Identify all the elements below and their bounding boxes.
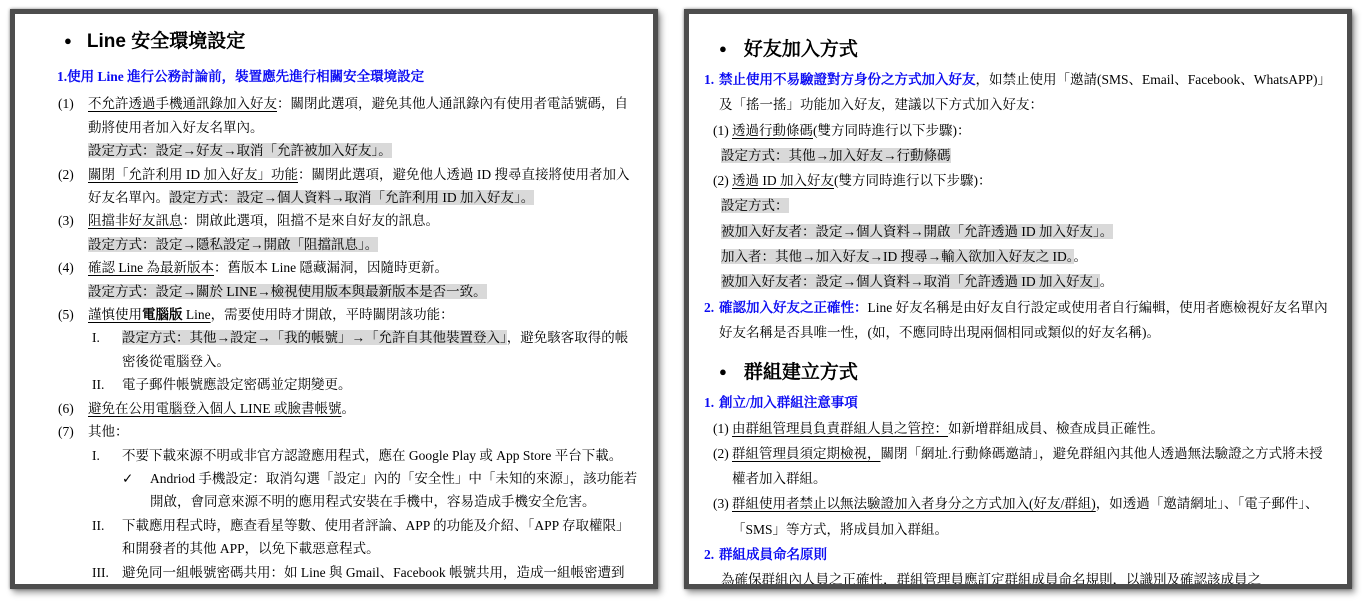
text-segment: 設定方式：設定→關於 LINE→檢視使用版本與最新版本是否一致。 xyxy=(88,284,487,299)
text-content: 透過 ID 加入好友(雙方同時進行以下步驟)： xyxy=(732,168,1333,193)
list-marker: II. xyxy=(92,373,122,396)
setting-step-line: 設定方式： xyxy=(721,193,1333,218)
text-content: 由群組管理員負責群組人員之管控：如新增群組成員、檢查成員正確性。 xyxy=(732,416,1333,441)
sub-list-item: II.電子郵件帳號應設定密碼並定期變更。 xyxy=(92,373,639,396)
heading-number: 1. xyxy=(704,67,719,92)
sub-list-item: III.避免同一組帳號密碼共用：如 Line 與 Gmail、Facebook … xyxy=(92,561,639,584)
list-item: (5)謹慎使用電腦版 Line，需要使用時才開啟，平時關閉該功能： xyxy=(58,303,639,326)
text-segment: 電子郵件帳號應設定密碼並定期變更。 xyxy=(122,377,352,392)
numbered-heading: 1.創立/加入群組注意事項 xyxy=(704,390,1333,415)
text-segment: 。 xyxy=(1074,249,1088,264)
setting-step-line: 設定方式：設定→關於 LINE→檢視使用版本與最新版本是否一致。 xyxy=(88,280,639,303)
document-page-friend-group-methods: ●好友加入方式1.禁止使用不易驗證對方身份之方式加入好友，如禁止使用「邀請(SM… xyxy=(684,9,1352,589)
numbered-heading: 2.確認加入好友之正確性：Line 好友名稱是由好友自行設定或使用者自行編輯，使… xyxy=(704,295,1333,346)
text-segment: 設定方式：其他→設定→「我的帳號」→「允許自其他裝置登入」 xyxy=(122,330,507,345)
bullet-icon: ● xyxy=(719,364,727,379)
list-item: (1)由群組管理員負責群組人員之管控：如新增群組成員、檢查成員正確性。 xyxy=(713,416,1333,441)
text-segment: 。 xyxy=(342,401,356,416)
list-item: (2)群組管理員須定期檢視，關閉「網址.行動條碼邀請」，避免群組內其他人透過無法… xyxy=(713,441,1333,492)
text-content: 設定方式：設定→隱私設定→開啟「阻擋訊息」。 xyxy=(88,233,639,256)
text-segment: 。 xyxy=(1100,274,1114,289)
numbered-heading: 1.禁止使用不易驗證對方身份之方式加入好友，如禁止使用「邀請(SMS、Email… xyxy=(704,67,1333,118)
sub-list-item: I.不要下載來源不明或非官方認證應用程式，應在 Google Play 或 Ap… xyxy=(92,444,639,467)
text-content: 群組管理員須定期檢視，關閉「網址.行動條碼邀請」，避免群組內其他人透過無法驗證之… xyxy=(732,441,1333,492)
text-segment: 關閉「允許利用 ID 加入好友」功能 xyxy=(88,167,298,182)
text-segment: 被加入好友者：設定→個人資料→取消「允許透過 ID 加入好友」 xyxy=(721,274,1100,289)
text-segment: 設定方式：設定→隱私設定→開啟「阻擋訊息」。 xyxy=(88,237,378,252)
text-content: 群組成員命名原則 xyxy=(719,542,1333,567)
section-title: ●好友加入方式 xyxy=(719,34,1333,65)
text-segment: 透過行動條碼 xyxy=(732,123,813,138)
text-content: Andriod 手機設定：取消勾選「設定」內的「安全性」中「未知的來源」，該功能… xyxy=(150,467,639,514)
text-segment: 群組成員命名原則 xyxy=(719,547,827,562)
text-segment: 電腦版 xyxy=(142,307,183,322)
text-segment: 創立/加入群組注意事項 xyxy=(719,395,858,410)
list-marker: (3) xyxy=(713,491,732,516)
text-content: 確認 Line 為最新版本：舊版本 Line 隱藏漏洞，因隨時更新。 xyxy=(88,256,639,279)
list-item: (6)避免在公用電腦登入個人 LINE 或臉書帳號。 xyxy=(58,397,639,420)
text-content: 設定方式：設定→好友→取消「允許被加入好友」。 xyxy=(88,139,639,162)
text-content: 避免同一組帳號密碼共用：如 Line 與 Gmail、Facebook 帳號共用… xyxy=(122,561,639,584)
text-segment: 為確保群組內人員之正確性，群組管理員應訂定群組成員命名規則，以識別及確認該成員之 xyxy=(721,572,1261,587)
text-segment: 加入者：其他→加入好友→ID 搜尋→輸入欲加入好友之 ID。 xyxy=(721,249,1074,264)
text-segment: Line xyxy=(183,307,211,322)
text-segment: ：舊版本 Line 隱藏漏洞，因隨時更新。 xyxy=(214,260,448,275)
text-content: 設定方式：其他→設定→「我的帳號」→「允許自其他裝置登入」，避免駭客取得的帳密後… xyxy=(122,326,639,373)
text-content: 不允許透過手機通訊錄加入好友：關閉此選項，避免其他人通訊錄內有使用者電話號碼，自… xyxy=(88,92,639,139)
section-title-text: 群組建立方式 xyxy=(744,362,858,383)
text-segment: Andriod 手機設定：取消勾選「設定」內的「安全性」中「未知的來源」，該功能… xyxy=(150,471,637,509)
list-marker: (4) xyxy=(58,256,88,279)
sub-list-item: II.下載應用程式時，應查看星等數、使用者評論、APP 的功能及介紹、「APP … xyxy=(92,514,639,561)
text-content: 下載應用程式時，應查看星等數、使用者評論、APP 的功能及介紹、「APP 存取權… xyxy=(122,514,639,561)
text-segment: ：開啟此選項，阻擋不是來自好友的訊息。 xyxy=(183,213,440,228)
section-title: ●群組建立方式 xyxy=(719,357,1333,388)
text-content: 關閉「允許利用 ID 加入好友」功能：關閉此選項，避免他人透過 ID 搜尋直接將… xyxy=(88,163,639,210)
text-segment: 由群組管理員負責群組人員之管控： xyxy=(732,421,948,436)
list-item: (3)阻擋非好友訊息：開啟此選項，阻擋不是來自好友的訊息。 xyxy=(58,209,639,232)
setting-step-line: 加入者：其他→加入好友→ID 搜尋→輸入欲加入好友之 ID。。 xyxy=(721,244,1333,269)
setting-step-line: 設定方式：其他→加入好友→行動條碼 xyxy=(721,143,1333,168)
text-segment: 被加入好友者：設定→個人資料→開啟「允許透過 ID 加入好友」。 xyxy=(721,224,1113,239)
text-content: 設定方式：設定→關於 LINE→檢視使用版本與最新版本是否一致。 xyxy=(88,280,639,303)
document-page-line-security-settings: ●Line 安全環境設定1.使用 Line 進行公務討論前，裝置應先進行相關安全… xyxy=(10,9,658,589)
text-segment: ，需要使用時才開啟，平時關閉該功能： xyxy=(211,307,454,322)
text-segment: 設定方式：設定→個人資料→取消「允許利用 ID 加入好友」。 xyxy=(169,190,534,205)
text-content: 被加入好友者：設定→個人資料→開啟「允許透過 ID 加入好友」。 xyxy=(721,219,1333,244)
numbered-heading: 2.群組成員命名原則 xyxy=(704,542,1333,567)
text-segment: 設定方式： xyxy=(721,198,789,213)
document-canvas: ●Line 安全環境設定1.使用 Line 進行公務討論前，裝置應先進行相關安全… xyxy=(0,0,1362,603)
text-segment: 不允許透過手機通訊錄加入好友 xyxy=(88,96,277,111)
text-content: 透過行動條碼(雙方同時進行以下步驟)： xyxy=(732,118,1333,143)
section-title-text: Line 安全環境設定 xyxy=(87,31,245,52)
text-segment: 不要下載來源不明或非官方認證應用程式，應在 Google Play 或 App … xyxy=(122,448,622,463)
text-content: 群組使用者禁止以無法驗證加入者身分之方式加入(好友/群組)，如透過「邀請網址」、… xyxy=(732,491,1333,542)
list-marker: I. xyxy=(92,326,122,349)
text-content: 加入者：其他→加入好友→ID 搜尋→輸入欲加入好友之 ID。。 xyxy=(721,244,1333,269)
bullet-icon: ● xyxy=(719,41,727,56)
list-marker: (5) xyxy=(58,303,88,326)
text-segment: 透過 ID 加入好友 xyxy=(732,173,834,188)
text-content: 其他： xyxy=(88,420,639,443)
text-content: 避免在公用電腦登入個人 LINE 或臉書帳號。 xyxy=(88,397,639,420)
text-content: 阻擋非好友訊息：開啟此選項，阻擋不是來自好友的訊息。 xyxy=(88,209,639,232)
list-marker: (2) xyxy=(713,168,732,193)
list-marker: (2) xyxy=(713,441,732,466)
list-marker: (2) xyxy=(58,163,88,186)
text-segment: 禁止使用不易驗證對方身份之方式加入好友 xyxy=(719,72,976,87)
list-marker: III. xyxy=(92,561,122,584)
list-marker: (6) xyxy=(58,397,88,420)
text-content: 創立/加入群組注意事項 xyxy=(719,390,1333,415)
heading-number: 2. xyxy=(704,295,719,320)
text-segment: 確認 Line 為最新版本 xyxy=(88,260,214,275)
text-segment: 如新增群組成員、檢查成員正確性。 xyxy=(948,421,1164,436)
list-item: (2)關閉「允許利用 ID 加入好友」功能：關閉此選項，避免他人透過 ID 搜尋… xyxy=(58,163,639,210)
text-segment: 確認加入好友之正確性： xyxy=(719,300,868,315)
section-title-text: 好友加入方式 xyxy=(744,39,858,60)
list-item: (2)透過 ID 加入好友(雙方同時進行以下步驟)： xyxy=(713,168,1333,193)
list-marker: (1) xyxy=(713,416,732,441)
text-segment: 設定方式：其他→加入好友→行動條碼 xyxy=(721,148,951,163)
list-marker: II. xyxy=(92,514,122,537)
text-segment: 群組管理員須定期檢視， xyxy=(732,446,881,461)
list-marker: (7) xyxy=(58,420,88,443)
text-segment: 謹慎使用 xyxy=(88,307,142,322)
list-marker: (1) xyxy=(713,118,732,143)
text-content: 為確保群組內人員之正確性，群組管理員應訂定群組成員命名規則，以識別及確認該成員之 xyxy=(721,567,1333,589)
text-content: 電子郵件帳號應設定密碼並定期變更。 xyxy=(122,373,639,396)
text-segment: 群組使用者禁止以無法驗證加入者身分之方式加入(好友/群組) xyxy=(732,496,1096,511)
text-content: 謹慎使用電腦版 Line，需要使用時才開啟，平時關閉該功能： xyxy=(88,303,639,326)
heading-number: 2. xyxy=(704,542,719,567)
section-title: ●Line 安全環境設定 xyxy=(64,26,639,57)
text-segment: 設定方式：設定→好友→取消「允許被加入好友」。 xyxy=(88,143,392,158)
setting-step-line: 被加入好友者：設定→個人資料→取消「允許透過 ID 加入好友」。 xyxy=(721,269,1333,294)
text-content: 1.使用 Line 進行公務討論前，裝置應先進行相關安全環境設定 xyxy=(57,65,639,88)
text-content: 不要下載來源不明或非官方認證應用程式，應在 Google Play 或 App … xyxy=(122,444,639,467)
paragraph: 為確保群組內人員之正確性，群組管理員應訂定群組成員命名規則，以識別及確認該成員之 xyxy=(721,567,1333,589)
list-item: (4)確認 Line 為最新版本：舊版本 Line 隱藏漏洞，因隨時更新。 xyxy=(58,256,639,279)
list-marker: (1) xyxy=(58,92,88,115)
setting-step-line: 設定方式：設定→隱私設定→開啟「阻擋訊息」。 xyxy=(88,233,639,256)
list-item: (1)透過行動條碼(雙方同時進行以下步驟)： xyxy=(713,118,1333,143)
list-item: (1)不允許透過手機通訊錄加入好友：關閉此選項，避免其他人通訊錄內有使用者電話號… xyxy=(58,92,639,139)
check-icon: ✓ xyxy=(122,467,150,490)
text-segment: 避免在公用電腦登入個人 LINE 或臉書帳號 xyxy=(88,401,342,416)
text-segment: 阻擋非好友訊息 xyxy=(88,213,183,228)
text-content: 確認加入好友之正確性：Line 好友名稱是由好友自行設定或使用者自行編輯，使用者… xyxy=(719,295,1333,346)
check-list-item: ✓Andriod 手機設定：取消勾選「設定」內的「安全性」中「未知的來源」，該功… xyxy=(122,467,639,514)
list-marker: I. xyxy=(92,444,122,467)
list-marker: (3) xyxy=(58,209,88,232)
bullet-icon: ● xyxy=(64,33,72,48)
text-content: 禁止使用不易驗證對方身份之方式加入好友，如禁止使用「邀請(SMS、Email、F… xyxy=(719,67,1333,118)
text-segment: (雙方同時進行以下步驟)： xyxy=(813,123,971,138)
text-content: 設定方式： xyxy=(721,193,1333,218)
heading-number: 1. xyxy=(704,390,719,415)
text-content: 設定方式：其他→加入好友→行動條碼 xyxy=(721,143,1333,168)
list-item: (7)其他： xyxy=(58,420,639,443)
text-segment: 避免同一組帳號密碼共用：如 Line 與 Gmail、Facebook 帳號共用… xyxy=(122,565,624,580)
list-item: (3)群組使用者禁止以無法驗證加入者身分之方式加入(好友/群組)，如透過「邀請網… xyxy=(713,491,1333,542)
text-segment: 1.使用 Line 進行公務討論前，裝置應先進行相關安全環境設定 xyxy=(57,69,424,84)
text-segment: (雙方同時進行以下步驟)： xyxy=(834,173,992,188)
text-segment: 下載應用程式時，應查看星等數、使用者評論、APP 的功能及介紹、「APP 存取權… xyxy=(122,518,630,556)
setting-step-line: 被加入好友者：設定→個人資料→開啟「允許透過 ID 加入好友」。 xyxy=(721,219,1333,244)
numbered-heading: 1.使用 Line 進行公務討論前，裝置應先進行相關安全環境設定 xyxy=(57,65,639,88)
text-content: 被加入好友者：設定→個人資料→取消「允許透過 ID 加入好友」。 xyxy=(721,269,1333,294)
sub-list-item: I.設定方式：其他→設定→「我的帳號」→「允許自其他裝置登入」，避免駭客取得的帳… xyxy=(92,326,639,373)
setting-step-line: 設定方式：設定→好友→取消「允許被加入好友」。 xyxy=(88,139,639,162)
text-segment: 其他： xyxy=(88,424,129,439)
